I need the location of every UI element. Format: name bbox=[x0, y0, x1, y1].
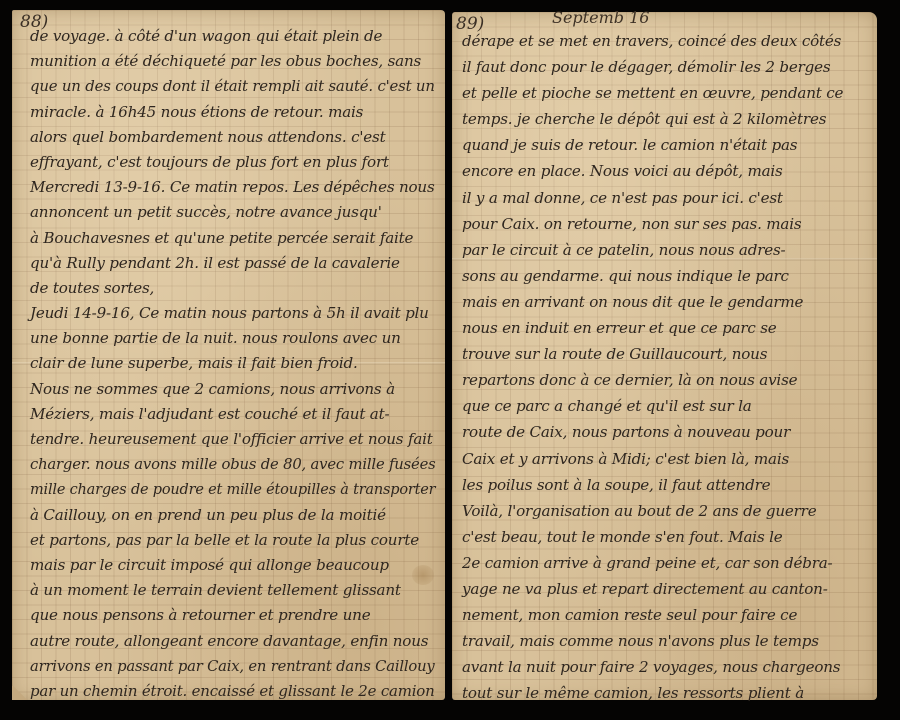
handwritten-line: dérape et se met en travers, coincé des … bbox=[462, 28, 867, 54]
handwritten-line: travail, mais comme nous n'avons plus le… bbox=[462, 628, 867, 654]
right-diary-page: 89) Septemb 16 dérape et se met en trave… bbox=[452, 12, 877, 700]
handwritten-line: sons au gendarme. qui nous indique le pa… bbox=[462, 263, 867, 289]
handwritten-line: Caix et y arrivons à Midi; c'est bien là… bbox=[462, 446, 867, 472]
handwritten-line: pour Caix. on retourne, non sur ses pas.… bbox=[462, 211, 867, 237]
handwritten-line: il faut donc pour le dégager, démolir le… bbox=[462, 54, 867, 80]
handwritten-line: repartons donc à ce dernier, là on nous … bbox=[462, 367, 867, 393]
handwritten-line: nement, mon camion reste seul pour faire… bbox=[462, 602, 867, 628]
handwritten-line: tout sur le même camion, les ressorts pl… bbox=[462, 680, 867, 706]
handwritten-line: quand je suis de retour. le camion n'éta… bbox=[462, 132, 867, 158]
handwritten-line: à Caillouy, on en prend un peu plus de l… bbox=[30, 503, 435, 528]
handwritten-line: Méziers, mais l'adjudant est couché et i… bbox=[30, 402, 435, 427]
left-page-text: de voyage. à côté d'un wagon qui était p… bbox=[30, 24, 437, 704]
handwritten-line: 2e camion arrive à grand peine et, car s… bbox=[462, 550, 867, 576]
handwritten-line: que ce parc a changé et qu'il est sur la bbox=[462, 393, 867, 419]
handwritten-line: et pelle et pioche se mettent en œuvre, … bbox=[462, 80, 867, 106]
handwritten-line: alors quel bombardement nous attendons. … bbox=[30, 125, 435, 150]
handwritten-line: que nous pensons à retourner et prendre … bbox=[30, 603, 435, 628]
handwritten-line: route de Caix, nous partons à nouveau po… bbox=[462, 419, 867, 445]
handwritten-line: c'est beau, tout le monde s'en fout. Mai… bbox=[462, 524, 867, 550]
handwritten-line: par le circuit à ce patelin, nous nous a… bbox=[462, 237, 867, 263]
handwritten-line: avant la nuit pour faire 2 voyages, nous… bbox=[462, 654, 867, 680]
handwritten-line: nous en induit en erreur et que ce parc … bbox=[462, 315, 867, 341]
handwritten-line: autre route, allongeant encore davantage… bbox=[30, 629, 435, 654]
handwritten-line: et partons, pas par la belle et la route… bbox=[30, 528, 435, 553]
handwritten-line: yage ne va plus et repart directement au… bbox=[462, 576, 867, 602]
handwritten-line: arrivons en passant par Caix, en rentran… bbox=[30, 654, 425, 679]
handwritten-line: par un chemin étroit. encaissé et glissa… bbox=[30, 679, 431, 704]
handwritten-line: les poilus sont à la soupe, il faut atte… bbox=[462, 472, 867, 498]
handwritten-line: encore en place. Nous voici au dépôt, ma… bbox=[462, 158, 867, 184]
dog-ear-corner bbox=[12, 686, 28, 700]
handwritten-line: mille charges de poudre et mille étoupil… bbox=[30, 477, 418, 502]
handwritten-line: de toutes sortes, bbox=[30, 276, 435, 301]
handwritten-line: Jeudi 14-9-16, Ce matin nous partons à 5… bbox=[30, 301, 435, 326]
handwritten-line: à un moment le terrain devient tellement… bbox=[30, 578, 435, 603]
handwritten-line: de voyage. à côté d'un wagon qui était p… bbox=[30, 24, 435, 49]
handwritten-line: mais en arrivant on nous dit que le gend… bbox=[462, 289, 867, 315]
handwritten-line: il y a mal donne, ce n'est pas pour ici.… bbox=[462, 185, 867, 211]
handwritten-line: temps. je cherche le dépôt qui est à 2 k… bbox=[462, 106, 867, 132]
handwritten-line: Nous ne sommes que 2 camions, nous arriv… bbox=[30, 377, 435, 402]
right-page-text: dérape et se met en travers, coincé des … bbox=[462, 28, 869, 706]
handwritten-line: charger. nous avons mille obus de 80, av… bbox=[30, 452, 426, 477]
handwritten-line: qu'à Rully pendant 2h. il est passé de l… bbox=[30, 251, 435, 276]
handwritten-line: trouve sur la route de Guillaucourt, nou… bbox=[462, 341, 867, 367]
handwritten-line: une bonne partie de la nuit. nous roulon… bbox=[30, 326, 435, 351]
handwritten-line: effrayant, c'est toujours de plus fort e… bbox=[30, 150, 435, 175]
handwritten-line: annoncent un petit succès, notre avance … bbox=[30, 200, 435, 225]
handwritten-line: tendre. heureusement que l'officier arri… bbox=[30, 427, 435, 452]
handwritten-line: Mercredi 13-9-16. Ce matin repos. Les dé… bbox=[30, 175, 435, 200]
handwritten-line: à Bouchavesnes et qu'une petite percée s… bbox=[30, 226, 435, 251]
handwritten-line: que un des coups dont il était rempli ai… bbox=[30, 74, 429, 99]
month-header-note: Septemb 16 bbox=[552, 8, 649, 27]
handwritten-line: munition a été déchiqueté par les obus b… bbox=[30, 49, 435, 74]
handwritten-line: Voilà, l'organisation au bout de 2 ans d… bbox=[462, 498, 867, 524]
handwritten-line: mais par le circuit imposé qui allonge b… bbox=[30, 553, 435, 578]
handwritten-line: miracle. à 16h45 nous étions de retour. … bbox=[30, 100, 435, 125]
handwritten-line: clair de lune superbe, mais il fait bien… bbox=[30, 351, 435, 376]
left-diary-page: 88) de voyage. à côté d'un wagon qui éta… bbox=[12, 10, 445, 700]
